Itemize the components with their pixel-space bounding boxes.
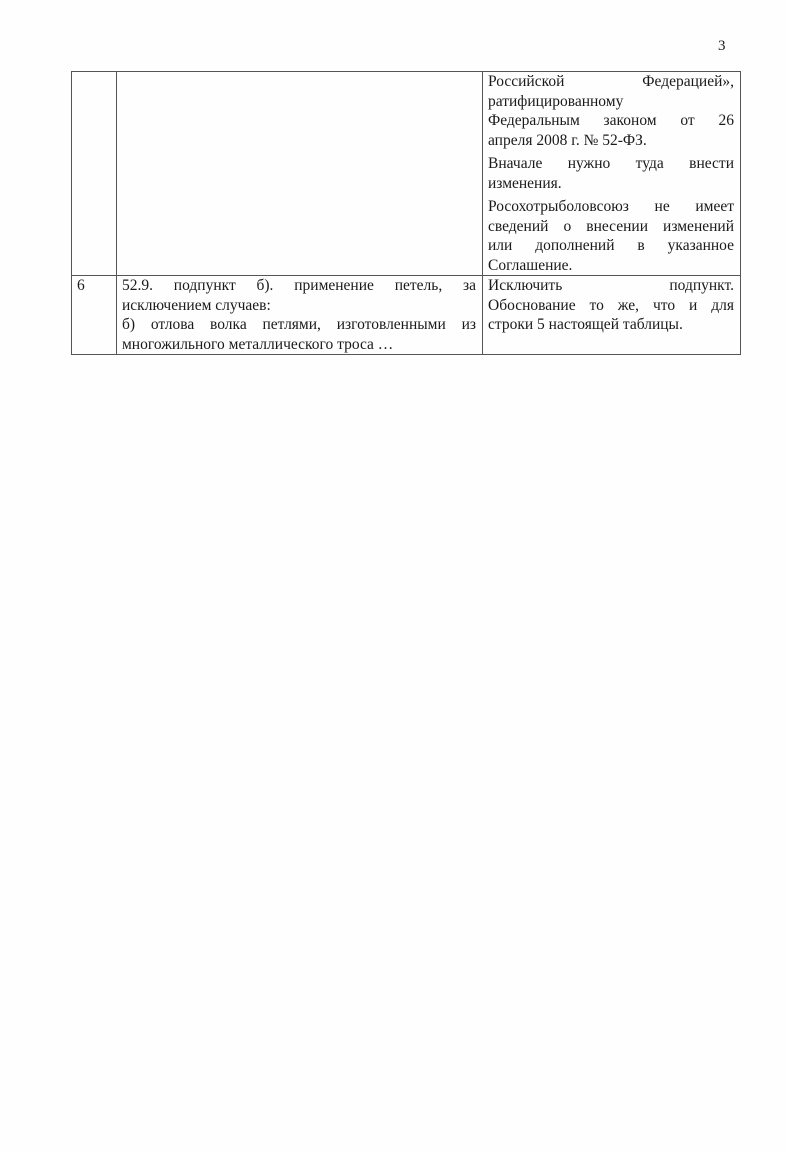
comment-line: Соглашение. [488,256,734,276]
comment-line: Российской Федерацией», [488,72,734,92]
comment-line: или дополнений в указанное [488,236,734,256]
comment-cell: Российской Федерацией»,ратифицированному… [483,72,741,276]
comment-line: ратифицированному [488,92,734,112]
table-row: Российской Федерацией»,ратифицированному… [72,72,741,276]
comment-line: Обоснование то же, что и для [488,296,734,316]
provision-line: 52.9. подпункт б). применение петель, за [122,276,476,296]
comment-line: Исключить подпункт. [488,276,734,296]
provision-cell: 52.9. подпункт б). применение петель, за… [117,276,483,355]
provision-line: б) отлова волка петлями, изготовленными … [122,315,476,335]
provision-cell [117,72,483,276]
row-number-cell: 6 [72,276,117,355]
comment-line: строки 5 настоящей таблицы. [488,315,734,335]
comment-line: Росохотрыболовсоюз не имеет [488,197,734,217]
comment-line: изменения. [488,174,734,194]
comment-line: Федеральным законом от 26 [488,111,734,131]
provision-line: многожильного металлического троса … [122,335,476,355]
comment-line: сведений о внесении изменений [488,217,734,237]
comment-line: апреля 2008 г. № 52-ФЗ. [488,131,734,151]
provision-line: исключением случаев: [122,296,476,316]
comment-line: Вначале нужно туда внести [488,154,734,174]
row-number-cell [72,72,117,276]
page-number: 3 [718,38,726,55]
comments-table: Российской Федерацией»,ратифицированному… [71,71,741,355]
table-row: 6 52.9. подпункт б). применение петель, … [72,276,741,355]
comment-cell: Исключить подпункт.Обоснование то же, чт… [483,276,741,355]
